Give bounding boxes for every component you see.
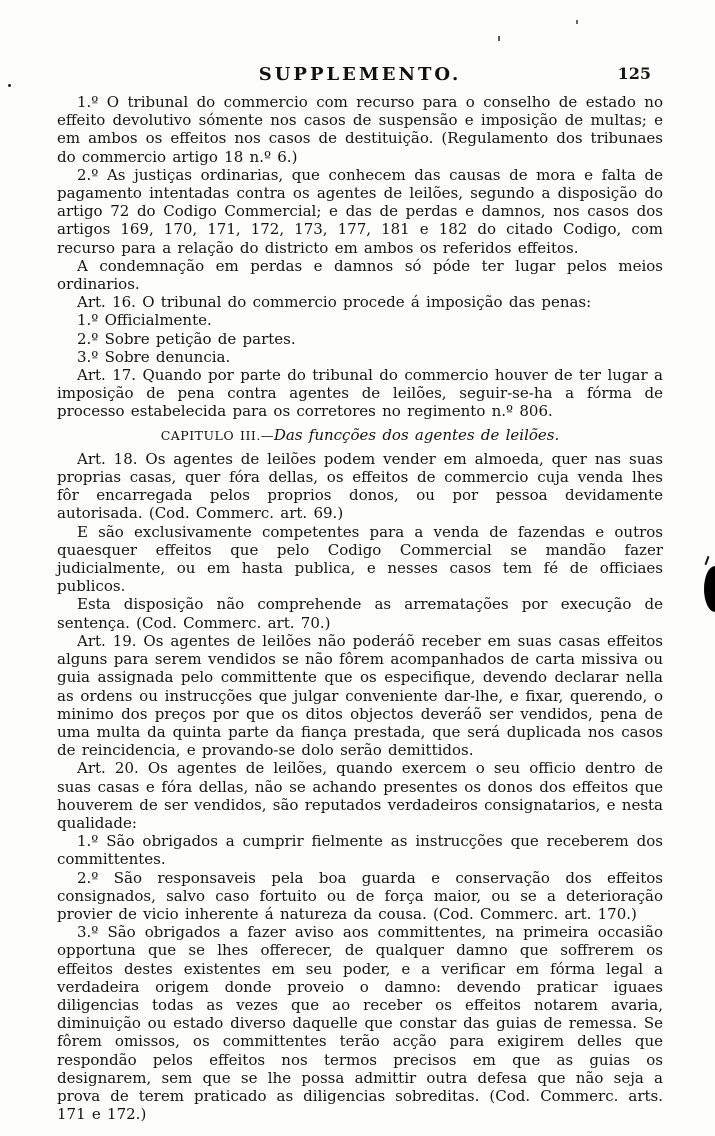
list-item: 1.º São obrigados a cumprir fielmente as… (57, 832, 663, 868)
scan-artifact-speck (8, 84, 11, 87)
running-header-title: SUPPLEMENTO. (57, 64, 663, 85)
document-page: SUPPLEMENTO. 125 1.º O tribunal do comme… (0, 0, 715, 1136)
paragraph: A condemnação em perdas e damnos só póde… (57, 257, 663, 293)
paragraph: E são exclusivamente competentes para a … (57, 523, 663, 596)
list-item: 1.º Officialmente. (57, 311, 663, 329)
paragraph: Art. 16. O tribunal do commercio procede… (57, 293, 663, 311)
paragraph: Art. 19. Os agentes de leilões não poder… (57, 632, 663, 759)
list-item: 2.º São responsaveis pela boa guarda e c… (57, 869, 663, 924)
list-item: 3.º Sobre denuncia. (57, 348, 663, 366)
page-number: 125 (618, 64, 651, 83)
paragraph: 2.º As justiças ordinarias, que conhecem… (57, 166, 663, 257)
paragraph: Art. 20. Os agentes de leilões, quando e… (57, 759, 663, 832)
chapter-label: CAPITULO III.— (161, 428, 274, 443)
scan-artifact-tick (705, 556, 710, 565)
scan-artifact-speck (576, 20, 578, 24)
list-item: 2.º Sobre petição de partes. (57, 330, 663, 348)
paragraph: Art. 17. Quando por parte do tribunal do… (57, 366, 663, 421)
chapter-title: Das funcções dos agentes de leilões. (274, 426, 559, 444)
scan-artifact-speck (498, 36, 500, 41)
paragraph: 1.º O tribunal do commercio com recurso … (57, 93, 663, 166)
paragraph: Esta disposição não comprehende as arrem… (57, 595, 663, 631)
running-header: SUPPLEMENTO. 125 (57, 64, 663, 88)
document-body: 1.º O tribunal do commercio com recurso … (57, 93, 663, 1123)
list-item: 3.º São obrigados a fazer aviso aos comm… (57, 923, 663, 1123)
paragraph: Art. 18. Os agentes de leilões podem ven… (57, 450, 663, 523)
chapter-heading: CAPITULO III.—Das funcções dos agentes d… (57, 426, 663, 445)
scan-artifact-ink-blot (704, 566, 715, 612)
